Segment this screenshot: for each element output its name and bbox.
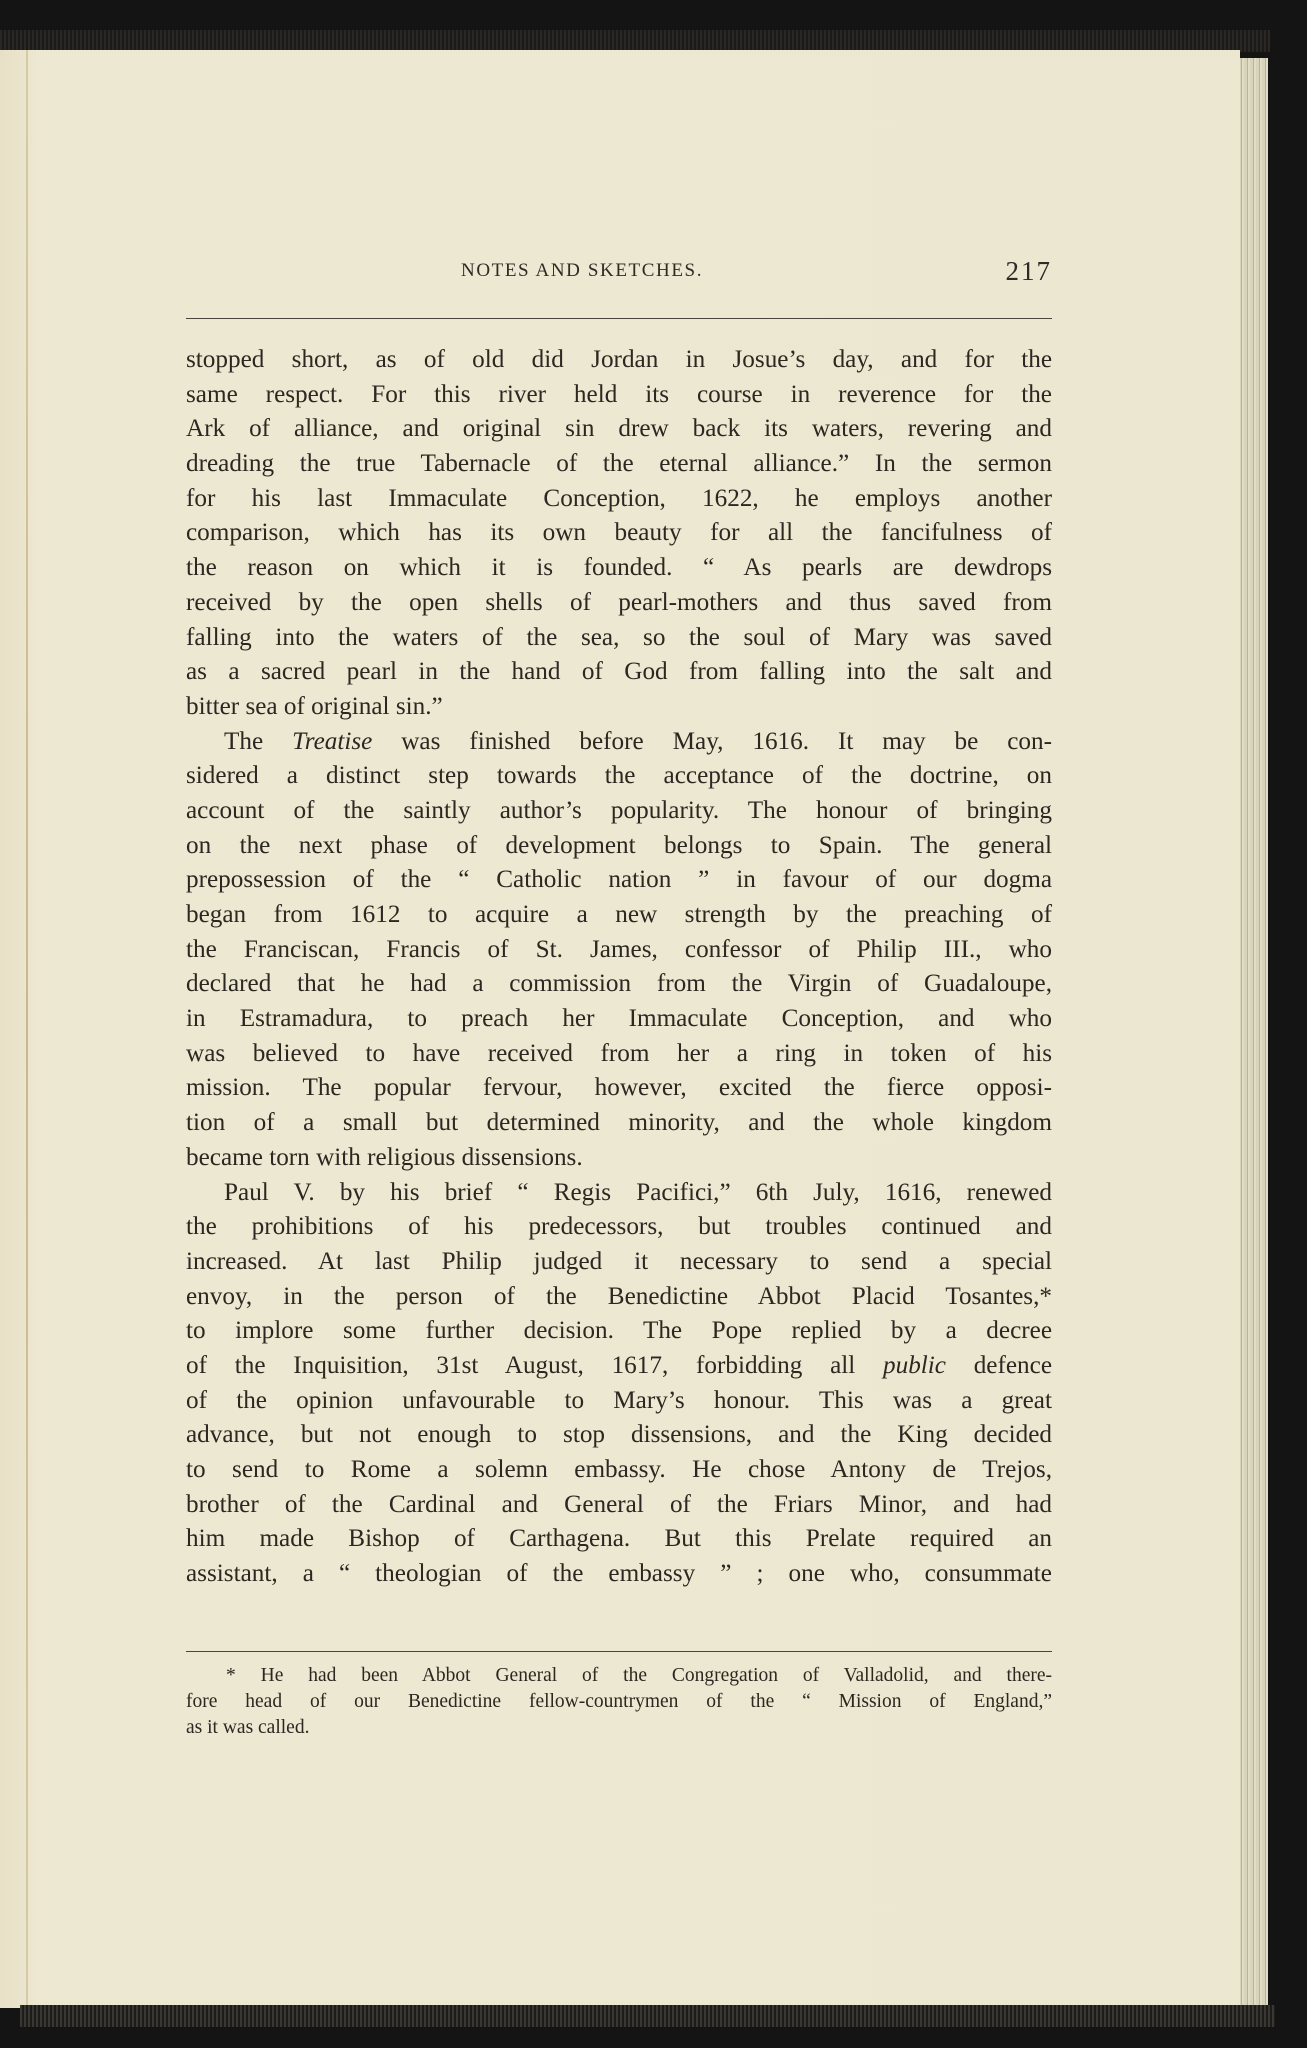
text-line: falling into the waters of the sea, so t… [186, 621, 1052, 656]
text-line: envoy, in the person of the Benedictine … [186, 1280, 1052, 1315]
text-line: declared that he had a commission from t… [186, 967, 1052, 1002]
body-text: stopped short, as of old did Jordan in J… [186, 343, 1052, 1592]
text-line: received by the open shells of pearl-mot… [186, 586, 1052, 621]
footnote: * He had been Abbot General of the Congr… [186, 1663, 1052, 1741]
text-line: him made Bishop of Carthagena. But this … [186, 1522, 1052, 1557]
footnote-rule [186, 1651, 1052, 1652]
text-line: sidered a distinct step towards the acce… [186, 759, 1052, 794]
text-line: for his last Immaculate Conception, 1622… [186, 482, 1052, 517]
text-line: as a sacred pearl in the hand of God fro… [186, 655, 1052, 690]
book-cover-top [0, 30, 1270, 52]
book-cover-bottom [20, 2005, 1275, 2027]
text-fragment: defence [946, 1352, 1052, 1379]
text-line: brother of the Cardinal and General of t… [186, 1488, 1052, 1523]
italic-title: Treatise [292, 728, 372, 755]
text-line: began from 1612 to acquire a new strengt… [186, 898, 1052, 933]
gutter [26, 50, 28, 2008]
text-line: the Franciscan, Francis of St. James, co… [186, 933, 1052, 968]
text-line: tion of a small but determined minority,… [186, 1106, 1052, 1141]
text-line: Ark of alliance, and original sin drew b… [186, 412, 1052, 447]
text-line: of the Inquisition, 31st August, 1617, f… [186, 1349, 1052, 1384]
page-number: 217 [1006, 256, 1053, 287]
text-line: same respect. For this river held its co… [186, 378, 1052, 413]
text-line: of the opinion unfavourable to Mary’s ho… [186, 1384, 1052, 1419]
text-fragment: The [224, 728, 292, 755]
paragraph-start: Paul V. by his brief “ Regis Pacifici,” … [186, 1176, 1052, 1211]
text-line: increased. At last Philip judged it nece… [186, 1245, 1052, 1280]
text-line: became torn with religious dissensions. [186, 1141, 1052, 1176]
footnote-line: * He had been Abbot General of the Congr… [186, 1663, 1052, 1689]
page-edges [1238, 58, 1268, 2008]
text-line: to implore some further decision. The Po… [186, 1314, 1052, 1349]
text-line: bitter sea of original sin.” [186, 690, 1052, 725]
header-rule [186, 318, 1052, 319]
text-line: account of the saintly author’s populari… [186, 794, 1052, 829]
text-line: the prohibitions of his predecessors, bu… [186, 1210, 1052, 1245]
text-line: comparison, which has its own beauty for… [186, 516, 1052, 551]
paragraph-start: The Treatise was finished before May, 16… [186, 725, 1052, 760]
text-fragment: of the Inquisition, 31st August, 1617, f… [186, 1352, 883, 1379]
text-line: on the next phase of development belongs… [186, 829, 1052, 864]
text-line: advance, but not enough to stop dissensi… [186, 1418, 1052, 1453]
italic-word: public [883, 1352, 946, 1379]
text-line: prepossession of the “ Catholic nation ”… [186, 863, 1052, 898]
text-line: mission. The popular fervour, however, e… [186, 1071, 1052, 1106]
text-line: assistant, a “ theologian of the embassy… [186, 1557, 1052, 1592]
text-line: the reason on which it is founded. “ As … [186, 551, 1052, 586]
running-head: NOTES AND SKETCHES. [461, 260, 703, 282]
text-fragment: was finished before May, 1616. It may be… [372, 728, 1052, 755]
footnote-line: fore head of our Benedictine fellow-coun… [186, 1689, 1052, 1715]
text-line: was believed to have received from her a… [186, 1037, 1052, 1072]
footnote-line: as it was called. [186, 1715, 1052, 1741]
text-line: in Estramadura, to preach her Immaculate… [186, 1002, 1052, 1037]
text-line: stopped short, as of old did Jordan in J… [186, 343, 1052, 378]
text-line: dreading the true Tabernacle of the eter… [186, 447, 1052, 482]
page-header: NOTES AND SKETCHES. 217 [186, 258, 1052, 288]
text-line: to send to Rome a solemn embassy. He cho… [186, 1453, 1052, 1488]
